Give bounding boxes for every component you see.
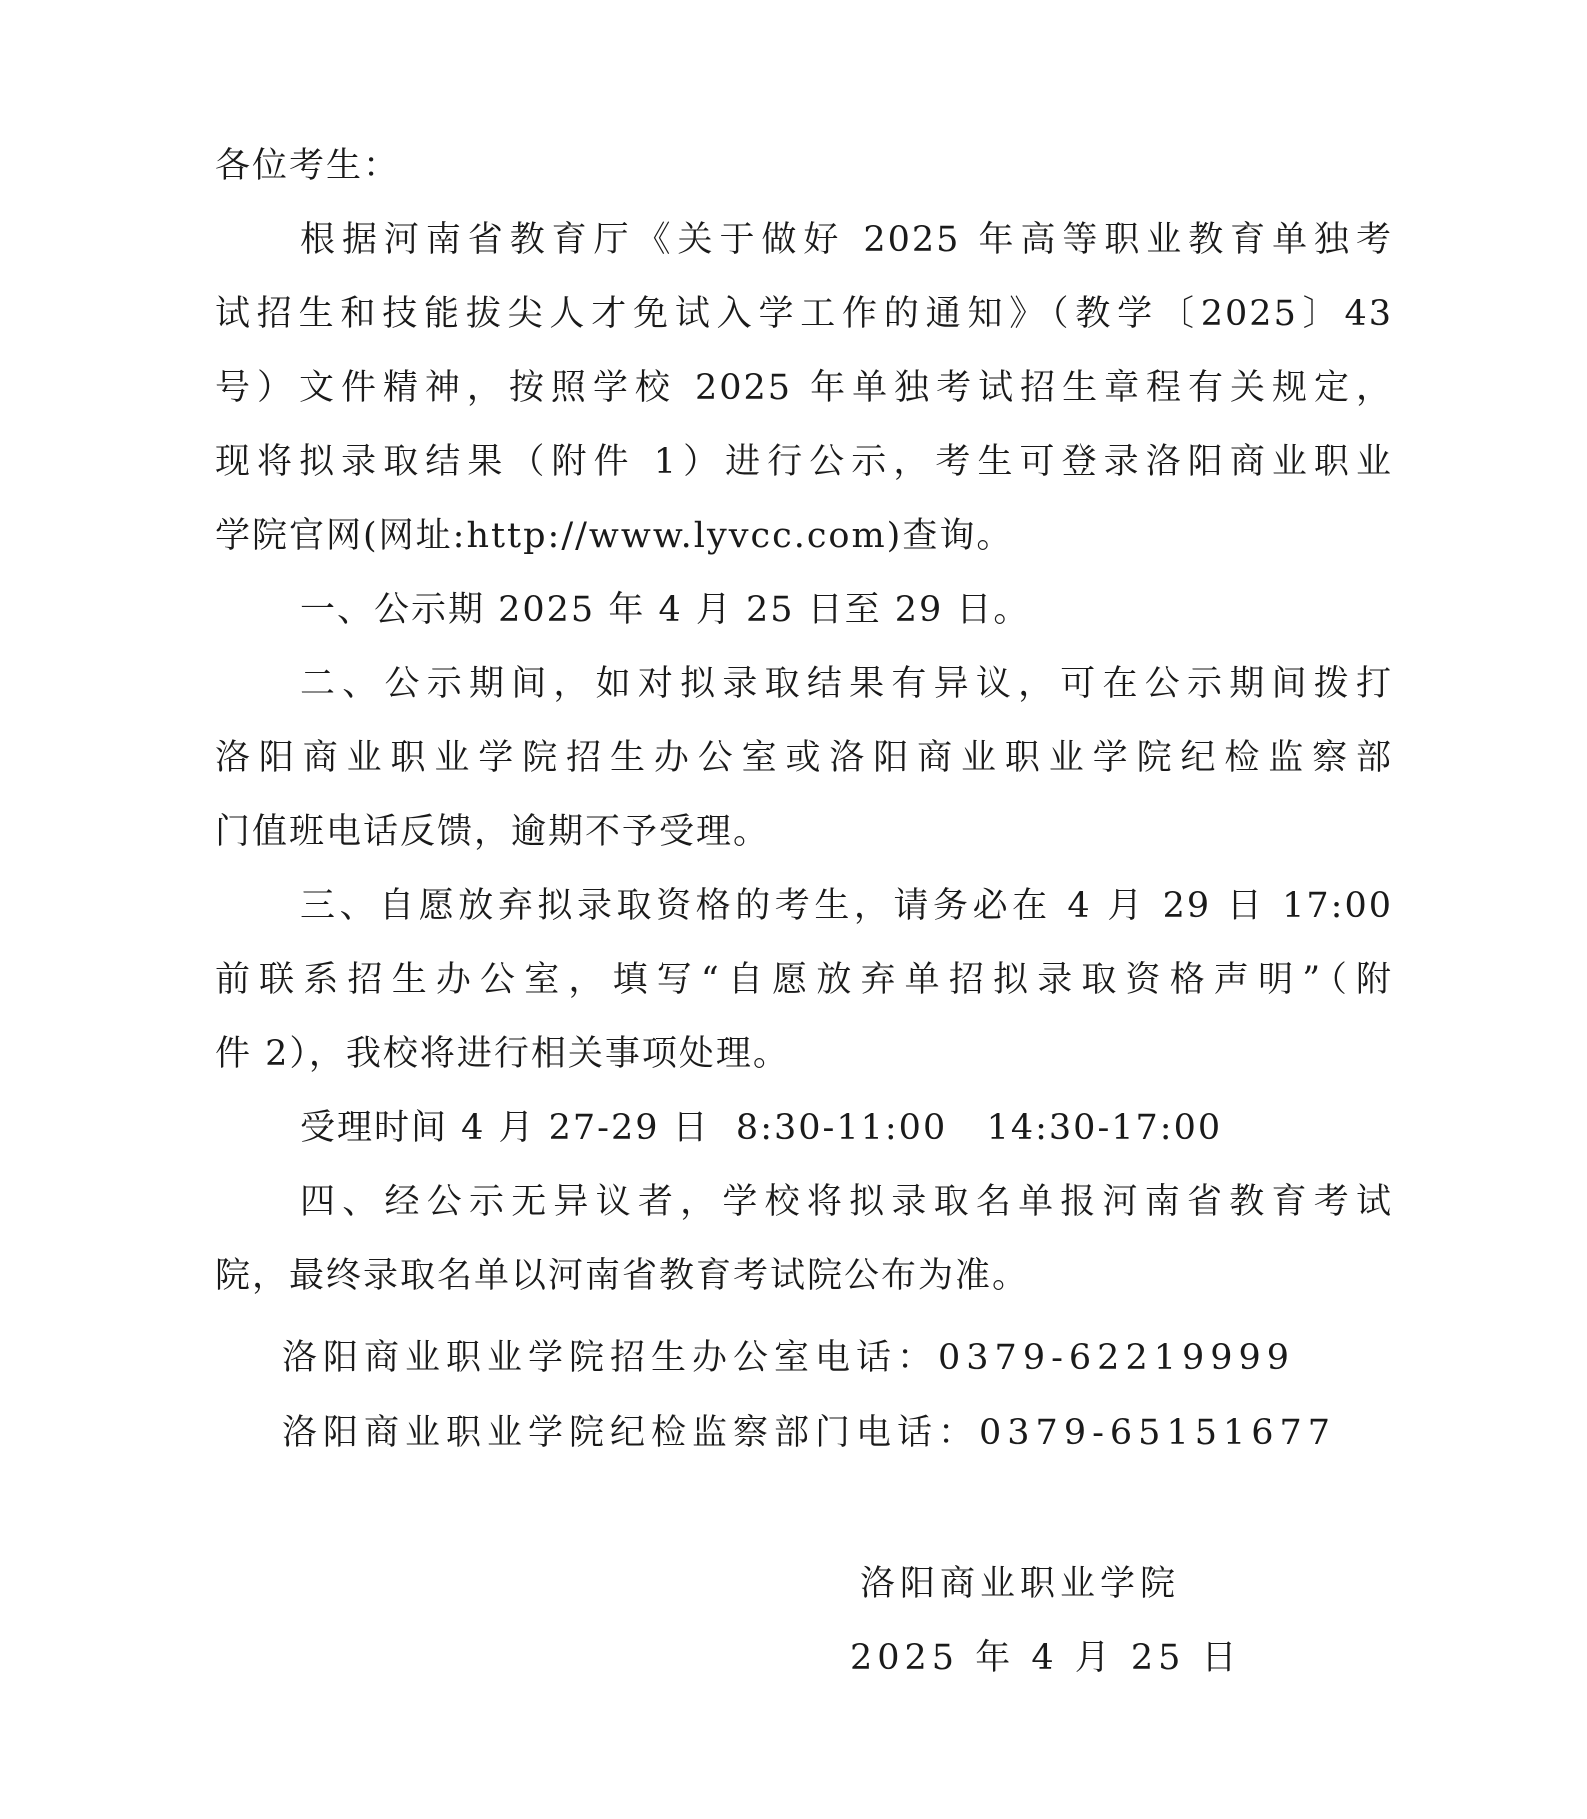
item-2-line-3: 门值班电话反馈，逾期不予受理。	[215, 810, 1393, 854]
signature-organization: 洛阳商业职业学院	[860, 1562, 1180, 1606]
document-page: 各位考生： 根据河南省教育厅《关于做好 2025 年高等职业教育单独考 试招生和…	[0, 0, 1587, 1819]
item-2-line-1: 二、公示期间，如对拟录取结果有异议，可在公示期间拨打	[300, 662, 1393, 706]
contact-label: 洛阳商业职业学院纪检监察部门电话：	[282, 1413, 979, 1453]
salutation: 各位考生：	[215, 144, 1393, 188]
item-3-line-3: 件 2），我校将进行相关事项处理。	[215, 1032, 1393, 1076]
contact-discipline-office: 洛阳商业职业学院纪检监察部门电话：0379-65151677	[282, 1411, 1460, 1455]
office-hours: 受理时间 4 月 27-29 日 8:30-11:00 14:30-17:00	[300, 1106, 1393, 1150]
contact-phone: 0379-62219999	[938, 1338, 1295, 1378]
contact-admissions-office: 洛阳商业职业学院招生办公室电话：0379-62219999	[282, 1336, 1460, 1380]
intro-line-3: 号）文件精神，按照学校 2025 年单独考试招生章程有关规定，	[215, 366, 1393, 410]
contact-label: 洛阳商业职业学院招生办公室电话：	[282, 1338, 938, 1378]
contact-phone: 0379-65151677	[979, 1413, 1336, 1453]
intro-line-1: 根据河南省教育厅《关于做好 2025 年高等职业教育单独考	[300, 218, 1393, 262]
intro-line-4: 现将拟录取结果（附件 1）进行公示，考生可登录洛阳商业职业	[215, 440, 1393, 484]
item-4-line-1: 四、经公示无异议者，学校将拟录取名单报河南省教育考试	[300, 1180, 1393, 1224]
item-3-line-1: 三、自愿放弃拟录取资格的考生，请务必在 4 月 29 日 17:00	[300, 884, 1393, 928]
signature-date: 2025 年 4 月 25 日	[850, 1636, 1242, 1680]
item-2-line-2: 洛阳商业职业学院招生办公室或洛阳商业职业学院纪检监察部	[215, 736, 1393, 780]
item-4-line-2: 院，最终录取名单以河南省教育考试院公布为准。	[215, 1254, 1393, 1298]
intro-line-5: 学院官网(网址:http://www.lyvcc.com)查询。	[215, 514, 1393, 558]
item-3-line-2: 前联系招生办公室，填写“自愿放弃单招拟录取资格声明”（附	[215, 958, 1393, 1002]
item-1-publicity-period: 一、公示期 2025 年 4 月 25 日至 29 日。	[300, 588, 1393, 632]
intro-line-2: 试招生和技能拔尖人才免试入学工作的通知》（教学〔2025〕43	[215, 292, 1393, 336]
